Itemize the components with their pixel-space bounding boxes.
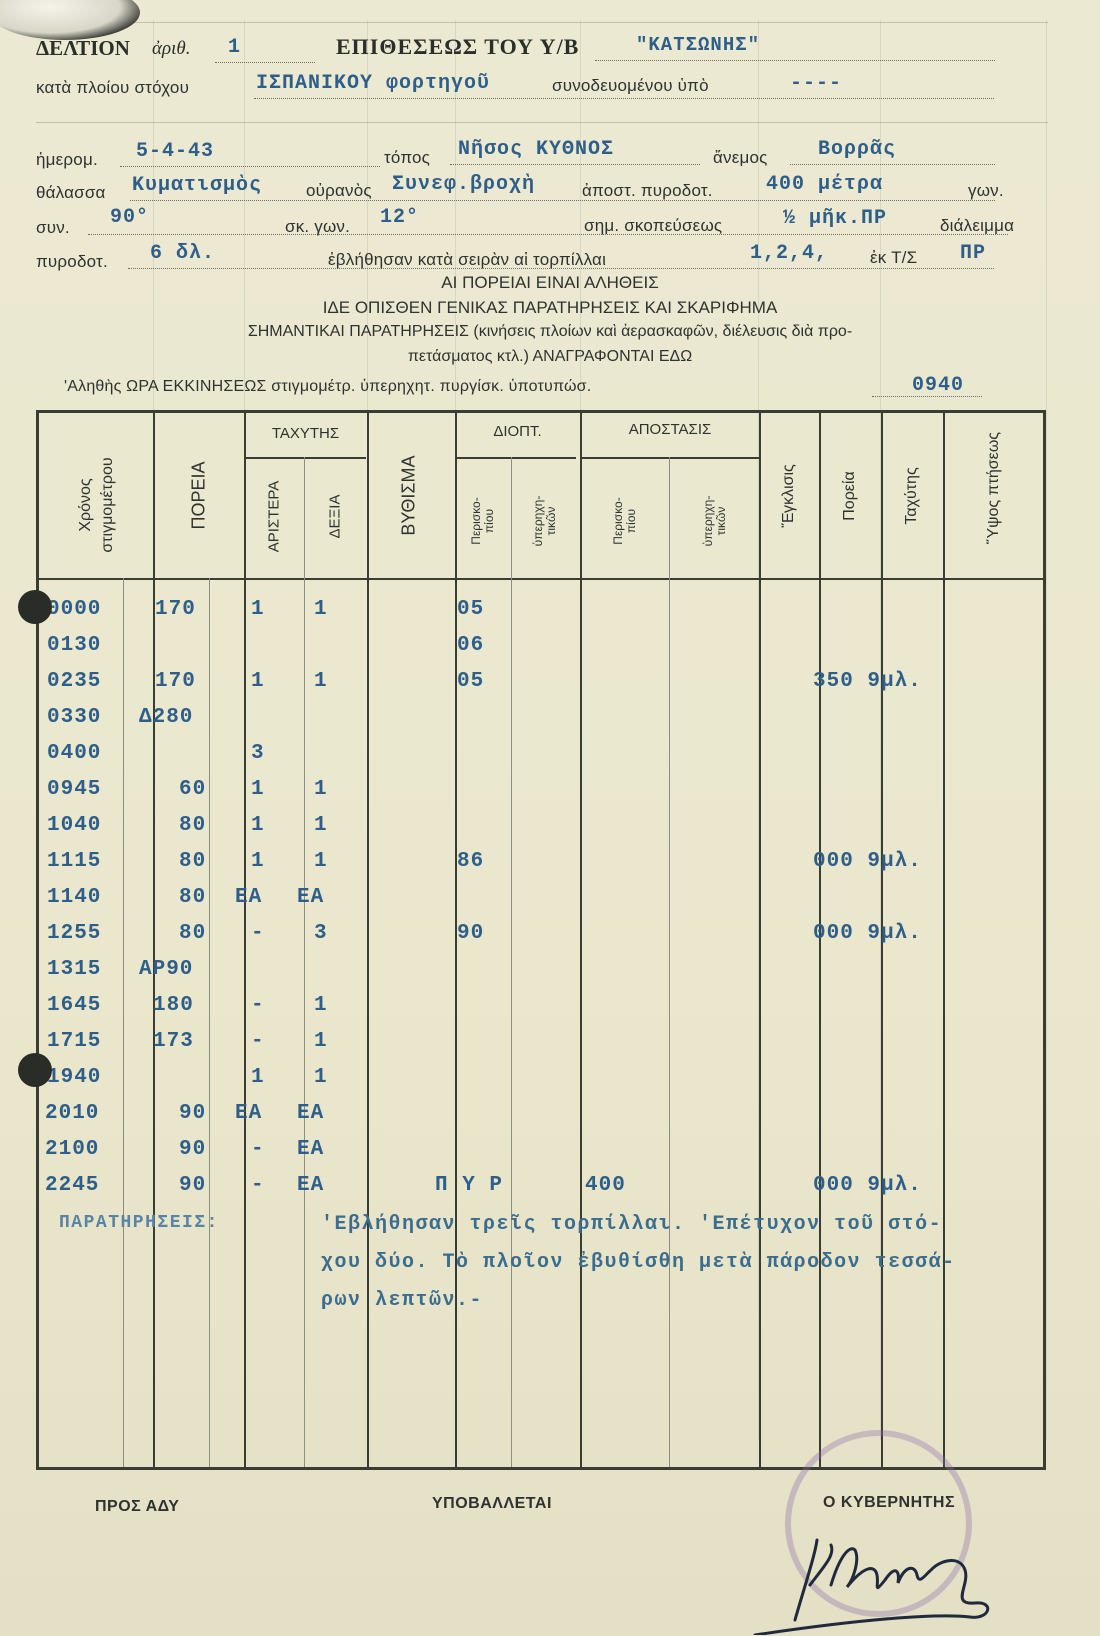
cell-speed-left: - [251, 1138, 265, 1161]
cell-course: 90 [179, 1174, 206, 1197]
submarine-name: "ΚΑΤΣΩΝΗΣ" [636, 34, 760, 56]
cell-target: 350 9μλ. [813, 670, 922, 693]
col-divider [304, 457, 305, 1467]
cell-time: 1715 [47, 1030, 101, 1053]
cell-speed-right: 1 [314, 598, 328, 621]
sky-label: οὐρανὸς [306, 181, 372, 201]
cell-time: 1940 [47, 1066, 101, 1089]
underline [254, 98, 994, 99]
firing-value: 6 δλ. [150, 242, 215, 265]
firing-distance-value: 400 μέτρα [766, 173, 883, 196]
col-divider [244, 413, 246, 1467]
firing-distance-label: ἀποστ. πυροδοτ. [582, 181, 713, 201]
torpedoes-label: ἐβλήθησαν κατὰ σειρὰν αἱ τορπίλλαι [328, 250, 606, 270]
col-divider [511, 457, 512, 1467]
cell-bearing: 86 [457, 850, 484, 873]
cell-time: 0235 [47, 670, 101, 693]
header-divider [39, 578, 1043, 580]
header-inclination: Ἔγκλισις [780, 446, 798, 546]
sk-angle-label: σκ. γων. [285, 217, 350, 237]
header-bearing-periscope: Περισκο- πίου [470, 481, 496, 561]
place-label: τόπος [384, 148, 430, 168]
cell-course: 170 [155, 670, 196, 693]
sk-angle-value: 12° [380, 206, 419, 229]
header-depth: ΒΥΘΙΣΜΑ [399, 446, 420, 546]
cell-speed-left: ΕΑ [235, 1102, 262, 1125]
title-prefix: ΔΕΛΤΙΟΝ [36, 36, 130, 61]
cell-course: Δ280 [139, 706, 193, 729]
number-label: ἀριθ. [152, 38, 190, 60]
torpedoes-value: 1,2,4, [750, 242, 828, 265]
cell-bearing: 90 [457, 922, 484, 945]
cell-course: ΑΡ90 [139, 958, 193, 981]
document-paper: ΔΕΛΤΙΟΝ ἀριθ. 1 ΕΠΙΘΕΣΕΩΣ ΤΟΥ Υ/Β "ΚΑΤΣΩ… [0, 0, 1100, 1636]
note-important: ΣΗΜΑΝΤΙΚΑΙ ΠΑΡΑΤΗΡΗΣΕΙΣ (κινήσεις πλοίων… [0, 323, 1100, 341]
cell-target: 000 9μλ. [813, 922, 922, 945]
attack-log-table: Χρόνος στιγμομέτρου ΠΟΡΕΙΑ ΤΑΧΥΤΗΣ ΑΡΙΣΤ… [36, 410, 1046, 1470]
target-value: ΙΣΠΑΝΙΚΟΥ φορτηγοῦ [256, 72, 490, 95]
header-speed-left: ΑΡΙΣΤΕΡΑ [266, 477, 283, 557]
wind-label: ἄνεμος [713, 148, 768, 168]
cell-speed-right: 1 [314, 994, 328, 1017]
note-courses-true: ΑΙ ΠΟΡΕΙΑΙ ΕΙΝΑΙ ΑΛΗΘΕΙΣ [0, 273, 1100, 293]
header-target-course: Πορεία [841, 446, 859, 546]
col-divider [580, 413, 582, 1467]
cell-time: 2100 [45, 1138, 99, 1161]
place-value: Νῆσος ΚΥΘΝΟΣ [458, 138, 614, 161]
aim-point-value: ½ μῆκ.ΠΡ [783, 207, 887, 230]
distance-group-divider [581, 457, 759, 459]
binder-hole [18, 590, 52, 624]
cell-course: 80 [179, 850, 206, 873]
header-course: ΠΟΡΕΙΑ [189, 446, 210, 546]
cell-time: 1645 [47, 994, 101, 1017]
cell-course: 90 [179, 1102, 206, 1125]
header-line: τικῶν [715, 481, 728, 561]
date-value: 5-4-43 [136, 140, 214, 163]
speed-group-divider [246, 457, 366, 459]
col-divider [153, 413, 155, 1467]
start-time-value: 0940 [912, 374, 964, 397]
bearing-group-divider [456, 457, 576, 459]
header-target-speed: Ταχύτης [903, 446, 921, 546]
cell-speed-right: 1 [314, 670, 328, 693]
grid-line [36, 22, 1048, 23]
cell-course: 60 [179, 778, 206, 801]
header-firing-height: Ὕψος πτήσεως [985, 428, 1003, 548]
wind-value: Βορρᾶς [818, 138, 896, 161]
header-line: πίου [483, 481, 496, 561]
cell-course: 80 [179, 814, 206, 837]
cell-course: 90 [179, 1138, 206, 1161]
cell-speed-left: - [251, 1174, 265, 1197]
sea-value: Κυματισμὸς [132, 174, 262, 197]
grid-line [1046, 20, 1047, 1440]
cell-target: 000 9μλ. [813, 850, 922, 873]
col-divider [669, 457, 670, 1467]
cell-speed-right: ΕΑ [297, 1138, 324, 1161]
sky-value: Συνεφ.βροχὴ [392, 173, 535, 196]
header-speed-right: ΔΕΞΙΑ [327, 477, 344, 557]
angle-label: γων. [968, 181, 1004, 201]
title-main: ΕΠΙΘΕΣΕΩΣ ΤΟΥ Υ/Β [336, 34, 579, 60]
cell-speed-right: 1 [314, 1030, 328, 1053]
cell-time: 0330 [47, 706, 101, 729]
cell-course: 80 [179, 922, 206, 945]
cell-speed-right: ΕΑ [297, 1174, 324, 1197]
cell-speed-left: 1 [251, 778, 265, 801]
cell-time: 1315 [47, 958, 101, 981]
header-line: τικῶν [545, 481, 558, 561]
cell-speed-left: 3 [251, 742, 265, 765]
cell-speed-left: - [251, 922, 265, 945]
col-divider [759, 413, 761, 1467]
cell-speed-left: 1 [251, 850, 265, 873]
header-bearing-group: ΔΙΟΠΤ. [455, 423, 580, 440]
remarks-line-1: 'Εβλήθησαν τρεῖς τορπίλλαι. 'Επέτυχον το… [321, 1213, 942, 1236]
underline [215, 62, 315, 63]
cell-speed-left: 1 [251, 1066, 265, 1089]
note-recorded-here: πετάσματος κτλ.) ΑΝΑΓΡΑΦΟΝΤΑΙ ΕΔΩ [0, 348, 1100, 366]
header-time-line2: στιγμομέτρου [97, 435, 119, 575]
cell-bearing: 05 [457, 670, 484, 693]
cell-distance: 400 [585, 1174, 626, 1197]
cell-time: 0000 [47, 598, 101, 621]
cell-course: 170 [155, 598, 196, 621]
target-label: κατὰ πλοίου στόχου [36, 78, 189, 98]
number-value: 1 [228, 36, 241, 59]
commander-label: Ο ΚΥΒΕΡΝΗΤΗΣ [823, 1494, 955, 1512]
remarks-line-2: χου δύο. Τὸ πλοῖον ἐβυθίσθη μετὰ πάροδον… [321, 1251, 956, 1274]
tube-value: ΠΡ [960, 242, 986, 265]
underline [790, 164, 995, 165]
tube-label: ἐκ Τ/Σ [870, 248, 917, 268]
cell-speed-right: ΕΑ [297, 886, 324, 909]
cell-time: 0945 [47, 778, 101, 801]
cell-time: 1255 [47, 922, 101, 945]
col-subdivider [209, 578, 210, 1467]
syn-label: συν. [36, 218, 70, 238]
col-subdivider [123, 578, 124, 1467]
cell-speed-left: 1 [251, 598, 265, 621]
col-divider [943, 413, 945, 1467]
header-speed-group: ΤΑΧΥΤΗΣ [244, 425, 367, 442]
header-distance-sonar: ὑπερηχη- τικῶν [702, 481, 728, 561]
header-time-line1: Χρόνος [75, 435, 97, 575]
underline [130, 200, 995, 201]
cell-speed-left: - [251, 1030, 265, 1053]
cell-time: 2010 [45, 1102, 99, 1125]
cell-course: 173 [153, 1030, 194, 1053]
underline [88, 234, 1008, 235]
remarks-line-3: ρων λεπτῶν.- [321, 1289, 483, 1312]
cell-time: 1140 [47, 886, 101, 909]
cell-bearing: 05 [457, 598, 484, 621]
cell-speed-left: 1 [251, 814, 265, 837]
syn-value: 90° [110, 206, 149, 229]
underline [120, 166, 380, 167]
cell-speed-right: ΕΑ [297, 1102, 324, 1125]
escort-value: ---- [790, 72, 842, 95]
header-time: Χρόνος στιγμομέτρου [75, 435, 119, 575]
cell-time: 1115 [47, 850, 101, 873]
grid-line [36, 122, 1048, 123]
cell-time: 1040 [47, 814, 101, 837]
cell-speed-left: 1 [251, 670, 265, 693]
sea-label: θάλασσα [36, 183, 106, 203]
date-label: ἡμερομ. [36, 150, 98, 170]
cell-speed-right: 1 [314, 850, 328, 873]
cell-speed-right: 1 [314, 1066, 328, 1089]
underline [595, 60, 995, 61]
cell-target: 000 9μλ. [813, 1174, 922, 1197]
torn-corner [0, 0, 140, 40]
cell-time: 0400 [47, 742, 101, 765]
start-time-label: 'Αληθὴς ΩΡΑ ΕΚΚΙΝΗΣΕΩΣ στιγμομέτρ. ὑπερη… [64, 378, 591, 396]
header-line: πίου [625, 481, 638, 561]
cell-speed-left: ΕΑ [235, 886, 262, 909]
cell-bearing: 06 [457, 634, 484, 657]
cell-course: 180 [153, 994, 194, 1017]
header-distance-periscope: Περισκο- πίου [612, 481, 638, 561]
cell-time: 2245 [45, 1174, 99, 1197]
cell-speed-right: 1 [314, 778, 328, 801]
header-distance-group: ΑΠΟΣΤΑΣΙΣ [580, 421, 760, 438]
cell-speed-right: 1 [314, 814, 328, 837]
underline [450, 164, 700, 165]
cell-course: 80 [179, 886, 206, 909]
signature-icon [735, 1525, 1055, 1635]
interval-label: διάλειμμα [940, 216, 1014, 236]
cell-depth: Π Υ Ρ [435, 1174, 503, 1197]
cell-speed-left: - [251, 994, 265, 1017]
aim-point-label: σημ. σκοπεύσεως [584, 216, 722, 236]
note-see-back: ΙΔΕ ΟΠΙΣΘΕΝ ΓΕΝΙΚΑΣ ΠΑΡΑΤΗΡΗΣΕΙΣ ΚΑΙ ΣΚΑ… [0, 298, 1100, 318]
to-label: ΠΡΟΣ ΑΔΥ [95, 1498, 179, 1516]
remarks-label: ΠΑΡΑΤΗΡΗΣΕΙΣ: [59, 1213, 219, 1233]
submitted-label: ΥΠΟΒΑΛΛΕΤΑΙ [432, 1495, 552, 1513]
header-bearing-sonar: ὑπερηχη- τικῶν [532, 481, 558, 561]
firing-label: πυροδοτ. [36, 252, 108, 272]
cell-time: 0130 [47, 634, 101, 657]
binder-hole [18, 1053, 52, 1087]
cell-speed-right: 3 [314, 922, 328, 945]
escort-label: συνοδευομένου ὑπὸ [552, 76, 709, 96]
